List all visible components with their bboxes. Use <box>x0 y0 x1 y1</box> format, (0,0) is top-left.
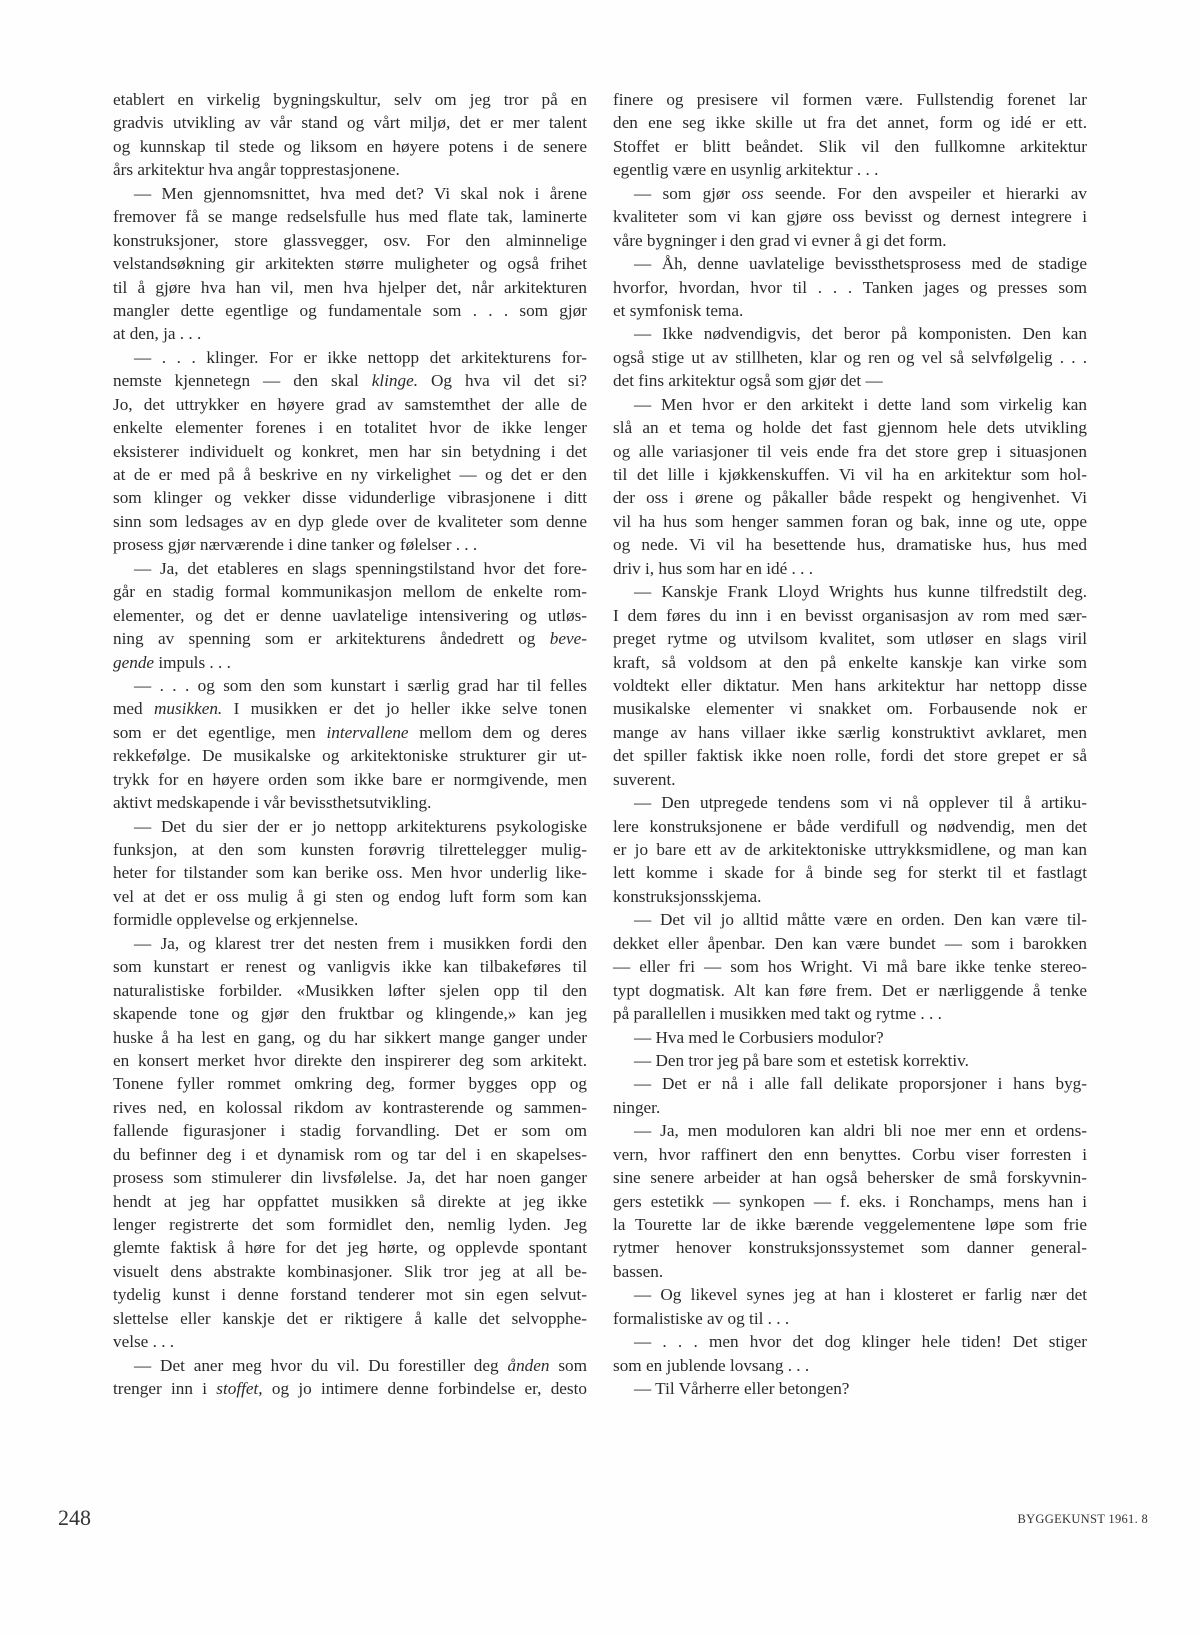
text-line: eksisterer individuelt og konkret, men h… <box>113 440 587 463</box>
text-line: tydelig kunst i denne forstand tenderer … <box>113 1283 587 1306</box>
text-line: aktivt medskapende i vår bevissthetsutvi… <box>113 791 587 814</box>
text-line: enkelte elementer forenes i en totalitet… <box>113 416 587 439</box>
text-line: lett komme i skade for å binde seg for s… <box>613 861 1087 884</box>
text-line: er jo bare ett av de arkitektoniske uttr… <box>613 838 1087 861</box>
text-line: lere konstruksjonene er både verdifull o… <box>613 815 1087 838</box>
text-line: prosess som stimulerer din livsfølelse. … <box>113 1166 587 1189</box>
text-line: — Ja, men moduloren kan aldri bli noe me… <box>613 1119 1087 1142</box>
text-line: — . . . og som den som kunstart i særlig… <box>113 674 587 697</box>
text-line: typt dogmatisk. Alt kan føre frem. Det e… <box>613 979 1087 1002</box>
text-line: kvaliteter som vi kan gjøre oss bevisst … <box>613 205 1087 228</box>
text-line: — Til Vårherre eller betongen? <box>613 1377 1087 1400</box>
text-line: som kunstart er renest og vanligvis ikke… <box>113 955 587 978</box>
text-line: musikalske elementer vi snakket om. Forb… <box>613 697 1087 720</box>
text-line: — Hva med le Corbusiers modulor? <box>613 1026 1087 1049</box>
text-line: hvorfor, hvordan, hvor til . . . Tanken … <box>613 276 1087 299</box>
text-line: Stoffet er blitt beåndet. Slik vil den f… <box>613 135 1087 158</box>
text-line: velse . . . <box>113 1330 587 1353</box>
text-line: et symfonisk tema. <box>613 299 1087 322</box>
text-line: bassen. <box>613 1260 1087 1283</box>
text-line: la Tourette lar de ikke bærende veggelem… <box>613 1213 1087 1236</box>
text-line: egentlig være en usynlig arkitektur . . … <box>613 158 1087 181</box>
text-line: — Men gjennomsnittet, hva med det? Vi sk… <box>113 182 587 205</box>
text-line: nemste kjennetegn — den skal klinge. Og … <box>113 369 587 392</box>
running-footer: BYGGEKUNST 1961. 8 <box>1017 1512 1148 1527</box>
text-line: — Ja, det etableres en slags spenningsti… <box>113 557 587 580</box>
text-column-right: finere og presisere vil formen være. Ful… <box>613 88 1087 1401</box>
text-line: — Åh, denne uavlatelige bevissthetsprose… <box>613 252 1087 275</box>
text-line: visuelt dens abstrakte kombinasjoner. Sl… <box>113 1260 587 1283</box>
text-line: mange av hans villaer ikke særlig konstr… <box>613 721 1087 744</box>
text-line: driv i, hus som har en idé . . . <box>613 557 1087 580</box>
text-line: kraft, så voldsom at den på enkelte kans… <box>613 651 1087 674</box>
text-line: — Ikke nødvendigvis, det beror på kompon… <box>613 322 1087 345</box>
text-line: på parallellen i musikken med takt og ry… <box>613 1002 1087 1025</box>
magazine-page: etablert en virkelig bygningskultur, sel… <box>0 0 1200 1636</box>
text-line: vern, hvor raffinert den enn benyttes. C… <box>613 1143 1087 1166</box>
text-line: konstruksjoner, store glassvegger, osv. … <box>113 229 587 252</box>
text-line: — Det er nå i alle fall delikate propors… <box>613 1072 1087 1095</box>
text-line: slettelse eller kanskje det er riktigere… <box>113 1307 587 1330</box>
text-line: — som gjør oss seende. For den avspeiler… <box>613 182 1087 205</box>
text-line: ning av spenning som er arkitekturens ån… <box>113 627 587 650</box>
text-line: til å gjøre hva han vil, men hva hjelper… <box>113 276 587 299</box>
text-line: prosess gjør nærværende i dine tanker og… <box>113 533 587 556</box>
text-line: suverent. <box>613 768 1087 791</box>
text-line: mangler dette egentlige og fundamentale … <box>113 299 587 322</box>
text-line: og alle variasjoner til veis ende fra de… <box>613 440 1087 463</box>
text-line: formidle opplevelse og erkjennelse. <box>113 908 587 931</box>
text-line: sinn som ledsages av en dyp glede over d… <box>113 510 587 533</box>
text-line: — Ja, og klarest trer det nesten frem i … <box>113 932 587 955</box>
text-line: at den, ja . . . <box>113 322 587 345</box>
text-line: med musikken. I musikken er det jo helle… <box>113 697 587 720</box>
text-line: som klinger og vekker disse vidunderlige… <box>113 486 587 509</box>
text-line: gers estetikk — synkopen — f. eks. i Ron… <box>613 1190 1087 1213</box>
text-line: rives ned, en kolossal rikdom av kontras… <box>113 1096 587 1119</box>
text-line: går en stadig formal kommunikasjon mello… <box>113 580 587 603</box>
text-line: — Det aner meg hvor du vil. Du forestill… <box>113 1354 587 1377</box>
text-line: — eller fri — som hos Wright. Vi må bare… <box>613 955 1087 978</box>
text-line: trenger inn i stoffet, og jo intimere de… <box>113 1377 587 1400</box>
page-number: 248 <box>58 1505 91 1531</box>
text-line: Tonene fyller rommet omkring deg, former… <box>113 1072 587 1095</box>
text-line: en konsert merket hvor direkte den inspi… <box>113 1049 587 1072</box>
text-line: sine senere arbeider at han også behersk… <box>613 1166 1087 1189</box>
text-line: heter for tilstander som kan berike oss.… <box>113 861 587 884</box>
text-line: — . . . men hvor det dog klinger hele ti… <box>613 1330 1087 1353</box>
text-line: trykk for en høyere orden som ikke bare … <box>113 768 587 791</box>
text-line: års arkitektur hva angår topprestasjonen… <box>113 158 587 181</box>
text-line: I dem føres du inn i en bevisst organisa… <box>613 604 1087 627</box>
text-line: — Og likevel synes jeg at han i klostere… <box>613 1283 1087 1306</box>
text-line: du befinner deg i et dynamisk rom og tar… <box>113 1143 587 1166</box>
text-line: — Kanskje Frank Lloyd Wrights hus kunne … <box>613 580 1087 603</box>
text-line: og kunnskap til stede og liksom en høyer… <box>113 135 587 158</box>
text-line: også stige ut av stillheten, klar og ren… <box>613 346 1087 369</box>
text-line: der oss i ørene og påkaller både respekt… <box>613 486 1087 509</box>
text-line: det spiller faktisk ikke noen rolle, for… <box>613 744 1087 767</box>
text-line: ninger. <box>613 1096 1087 1119</box>
text-line: våre bygninger i den grad vi evner å gi … <box>613 229 1087 252</box>
text-line: rytmer henover konstruksjonssystemet som… <box>613 1236 1087 1259</box>
text-line: gende impuls . . . <box>113 651 587 674</box>
text-line: rekkefølge. De musikalske og arkitektoni… <box>113 744 587 767</box>
text-line: hendt at jeg har oppfattet musikken så d… <box>113 1190 587 1213</box>
text-line: konstruksjonsskjema. <box>613 885 1087 908</box>
text-line: slå an et tema og holde det fast gjennom… <box>613 416 1087 439</box>
text-line: fremover få se mange redselsfulle hus me… <box>113 205 587 228</box>
text-line: voldtekt eller diktatur. Men hans arkite… <box>613 674 1087 697</box>
text-line: skapende tone og gjør den fruktbar og kl… <box>113 1002 587 1025</box>
text-line: lenger registrerte det som formidlet den… <box>113 1213 587 1236</box>
text-line: preget rytme og utvilsom kvalitet, som u… <box>613 627 1087 650</box>
text-line: funksjon, at den som kunsten forøvrig ti… <box>113 838 587 861</box>
text-line: — Den utpregede tendens som vi nå opplev… <box>613 791 1087 814</box>
text-line: formalistiske av og til . . . <box>613 1307 1087 1330</box>
text-line: — Det vil jo alltid måtte være en orden.… <box>613 908 1087 931</box>
text-line: at de er med på å beskrive en ny virkeli… <box>113 463 587 486</box>
text-line: til det lille i kjøkkenskuffen. Vi vil h… <box>613 463 1087 486</box>
text-line: — Den tror jeg på bare som et estetisk k… <box>613 1049 1087 1072</box>
text-line: fallende figurasjoner i stadig forvandli… <box>113 1119 587 1142</box>
text-line: den ene seg ikke skille ut fra det annet… <box>613 111 1087 134</box>
text-line: Jo, det uttrykker en høyere grad av sams… <box>113 393 587 416</box>
text-line: huske å ha lest en gang, og du har sikke… <box>113 1026 587 1049</box>
text-line: det fins arkitektur også som gjør det — <box>613 369 1087 392</box>
text-line: velstandsøkning gir arkitekten større mu… <box>113 252 587 275</box>
text-column-left: etablert en virkelig bygningskultur, sel… <box>113 88 587 1401</box>
text-line: som er det egentlige, men intervallene m… <box>113 721 587 744</box>
text-line: og nede. Vi vil ha besettende hus, drama… <box>613 533 1087 556</box>
text-line: glemte faktisk å høre for det jeg hørte,… <box>113 1236 587 1259</box>
text-line: elementer, og det er denne uavlatelige i… <box>113 604 587 627</box>
text-line: gradvis utvikling av vår stand og vårt m… <box>113 111 587 134</box>
text-line: vil ha hus som henger sammen foran og ba… <box>613 510 1087 533</box>
text-line: naturalistiske forbilder. «Musikken løft… <box>113 979 587 1002</box>
text-line: finere og presisere vil formen være. Ful… <box>613 88 1087 111</box>
text-line: — Men hvor er den arkitekt i dette land … <box>613 393 1087 416</box>
text-line: som en jublende lovsang . . . <box>613 1354 1087 1377</box>
text-line: vel at det er oss mulig å gi sten og end… <box>113 885 587 908</box>
text-line: etablert en virkelig bygningskultur, sel… <box>113 88 587 111</box>
text-line: dekket eller åpenbar. Den kan være bunde… <box>613 932 1087 955</box>
text-line: — . . . klinger. For er ikke nettopp det… <box>113 346 587 369</box>
text-line: — Det du sier der er jo nettopp arkitekt… <box>113 815 587 838</box>
